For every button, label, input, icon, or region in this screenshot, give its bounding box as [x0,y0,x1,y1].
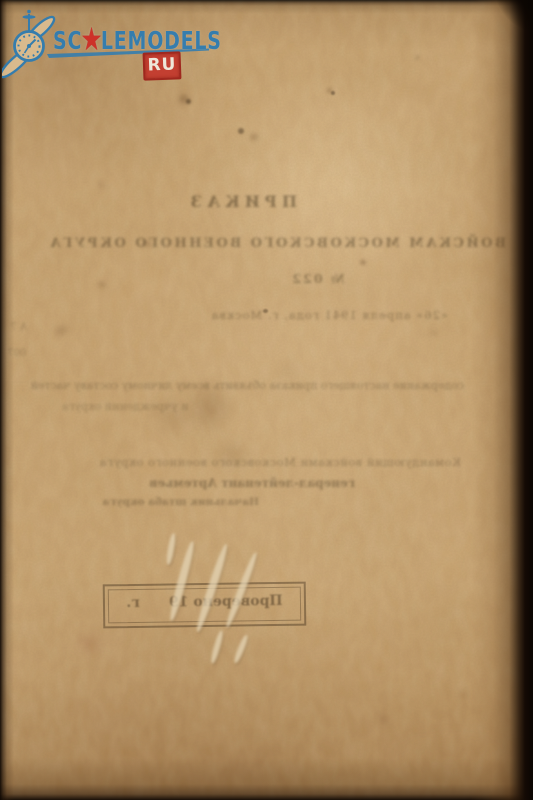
stain-mark [152,396,192,436]
stain-mark [97,280,107,289]
stain-mark [215,440,249,468]
stamp-label: Проверено 19 г. [105,584,304,621]
star-icon: ★ [81,20,103,58]
impressed-handwriting-stroke [194,543,230,633]
impressed-handwriting-stroke [165,533,176,566]
bleedthrough-signature-line-3: Начальник штаба округа [141,496,259,508]
stain-mark [248,132,260,142]
stain-mark [331,91,335,95]
impressed-handwriting-stroke [233,634,250,664]
bleedthrough-body-line-2: и учреждений округа [62,400,464,413]
stain-mark [96,180,108,190]
stain-mark [74,632,104,656]
brand-suffix: LEMODELS [101,26,222,55]
stain-mark [325,86,334,95]
impressed-handwriting-stroke [224,551,259,628]
stain-mark [390,740,510,776]
stain-mark [160,745,340,785]
paper-texture [0,0,533,800]
margin-fragment: А 7 [4,322,34,333]
bleedthrough-dateline: «26» апреля 1941 года, г. Москва [213,308,448,322]
stain-mark [414,54,421,61]
stain-mark [183,378,235,436]
stain-mark [142,239,153,249]
bleedthrough-signature-line-2: генерал-лейтенант Артемьев [188,476,355,490]
bleedthrough-order-number: № 022 [290,271,345,286]
stain-mark [458,690,470,700]
stain-mark [263,309,268,313]
bleedthrough-body-line-1: содержание настоящего приказа объявить в… [62,379,464,392]
stain-mark [360,260,366,265]
page-edge-shadow [0,0,533,800]
bleedthrough-order-subheading: ВОЙСКАМ МОСКОВСКОГО ВОЕННОГО ОКРУГА [128,236,506,251]
stamp-inner-border [108,587,301,624]
stain-mark [430,330,438,337]
watermark-logo: SC★LEMODELS RU [2,4,217,86]
bleedthrough-order-heading: ПРИКАЗ [195,192,297,211]
stain-mark [176,92,192,106]
bleedthrough-signature-line-1: Командующий войсками Московского военног… [131,455,461,469]
margin-fragment: 007 [2,348,32,359]
stain-mark [238,128,244,134]
stain-mark [52,324,70,337]
brand-prefix: SC [53,26,82,55]
stain-mark [277,360,299,376]
brand-text: SC★LEMODELS [53,26,222,55]
scanned-document-page: ПРИКАЗ ВОЙСКАМ МОСКОВСКОГО ВОЕННОГО ОКРУ… [0,0,533,800]
ru-domain-badge: RU [143,51,182,80]
verification-stamp: Проверено 19 г. [103,582,307,629]
impressed-handwriting-stroke [168,540,197,621]
stain-mark [186,99,191,104]
impressed-handwriting-stroke [209,630,224,664]
stain-mark [377,713,391,725]
